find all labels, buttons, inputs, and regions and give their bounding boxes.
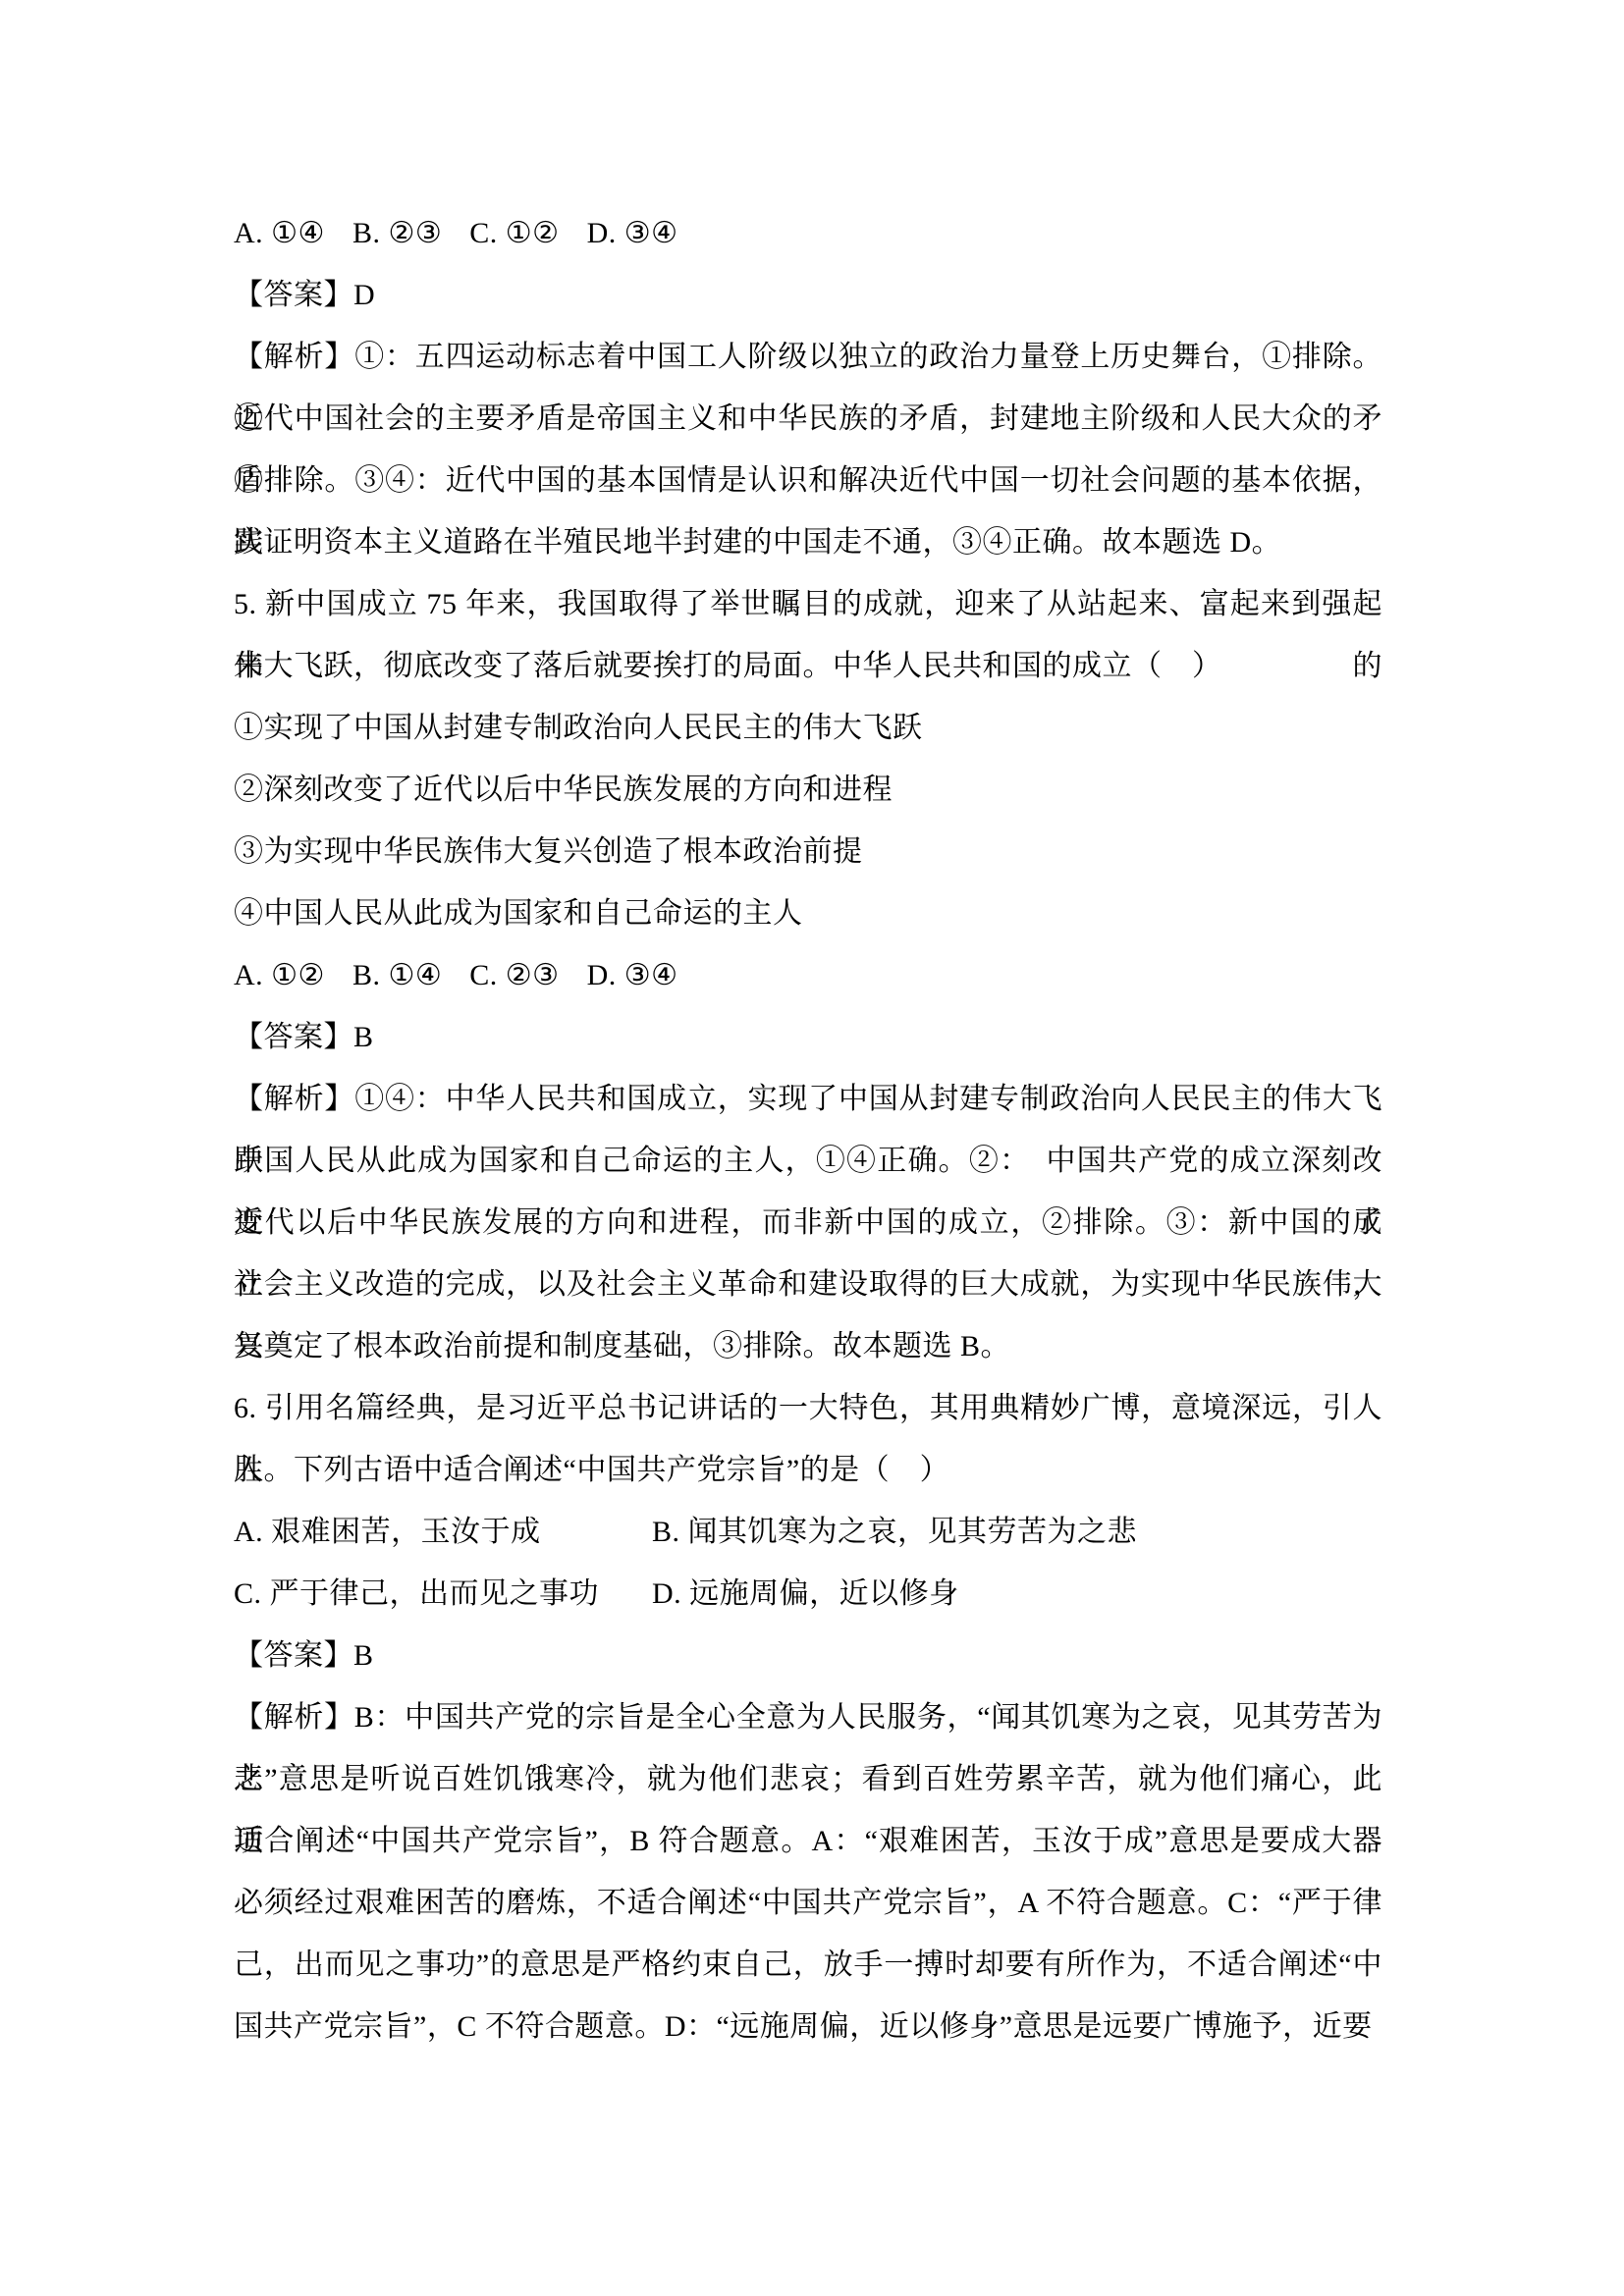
q5-analysis-line-1: 【解析】①④：中华人民共和国成立，实现了中国从封建专制政治向人民民主的伟大飞跃 bbox=[234, 1068, 1382, 1130]
answer-option: D. ③④ bbox=[587, 944, 678, 1006]
answer-option: B. ①④ bbox=[352, 944, 442, 1006]
q6-analysis-line-1: 【解析】B：中国共产党的宗旨是全心全意为人民服务，“闻其饥寒为之哀，见其劳苦为之 bbox=[234, 1686, 1382, 1748]
document-content: A. ①④B. ②③C. ①②D. ③④【答案】D【解析】①：五四运动标志着中国… bbox=[234, 202, 1382, 2057]
q6-analysis-line-2: 悲”意思是听说百姓饥饿寒冷，就为他们悲哀；看到百姓劳累辛苦，就为他们痛心，此项 bbox=[234, 1748, 1382, 1810]
q6-options-line-ab: A. 艰难困苦，玉汝于成B. 闻其饥寒为之哀，见其劳苦为之悲 bbox=[234, 1501, 1382, 1563]
q4-analysis-line-4: 践证明资本主义道路在半殖民地半封建的中国走不通，③④正确。故本题选 D。 bbox=[234, 511, 1382, 573]
q4-analysis-line-3: ②排除。③④：近代中国的基本国情是认识和解决近代中国一切社会问题的基本依据，实 bbox=[234, 450, 1382, 511]
q6-analysis-line-3: 适合阐述“中国共产党宗旨”，B 符合题意。A：“艰难困苦，玉汝于成”意思是要成大… bbox=[234, 1810, 1382, 1872]
q5-item-3: ③为实现中华民族伟大复兴创造了根本政治前提 bbox=[234, 821, 1382, 882]
answer-option: A. 艰难困苦，玉汝于成 bbox=[234, 1501, 652, 1563]
q5-analysis-line-5: 兴奠定了根本政治前提和制度基础，③排除。故本题选 B。 bbox=[234, 1315, 1382, 1377]
q6-answer-line: 【答案】B bbox=[234, 1625, 1382, 1686]
q5-answer-line: 【答案】B bbox=[234, 1006, 1382, 1068]
q6-analysis-line-6: 国共产党宗旨”，C 不符合题意。D：“远施周偏，近以修身”意思是远要广博施予，近… bbox=[234, 1996, 1382, 2057]
q4-analysis-line-1: 【解析】①：五四运动标志着中国工人阶级以独立的政治力量登上历史舞台，①排除。② bbox=[234, 326, 1382, 388]
q4-options-line: A. ①④B. ②③C. ①②D. ③④ bbox=[234, 202, 1382, 264]
q6-stem-line-1: 6. 引用名篇经典，是习近平总书记讲话的一大特色，其用典精妙广博，意境深远，引人… bbox=[234, 1377, 1382, 1439]
q5-stem-line-1: 5. 新中国成立 75 年来，我国取得了举世瞩目的成就，迎来了从站起来、富起来到… bbox=[234, 573, 1382, 635]
answer-option: D. 远施周偏，近以修身 bbox=[652, 1563, 959, 1625]
q5-item-4: ④中国人民从此成为国家和自己命运的主人 bbox=[234, 882, 1382, 944]
answer-option: C. ②③ bbox=[469, 944, 559, 1006]
q6-analysis-line-4: 必须经过艰难困苦的磨炼，不适合阐述“中国共产党宗旨”，A 不符合题意。C：“严于… bbox=[234, 1872, 1382, 1934]
document-page: A. ①④B. ②③C. ①②D. ③④【答案】D【解析】①：五四运动标志着中国… bbox=[0, 0, 1624, 2296]
q5-analysis-line-3: 近代以后中华民族发展的方向和进程，而非新中国的成立，②排除。③：新中国的成立， bbox=[234, 1192, 1382, 1254]
q5-item-2: ②深刻改变了近代以后中华民族发展的方向和进程 bbox=[234, 759, 1382, 821]
answer-option: C. 严于律己，出而见之事功 bbox=[234, 1563, 652, 1625]
q5-item-1: ①实现了中国从封建专制政治向人民民主的伟大飞跃 bbox=[234, 697, 1382, 759]
q4-analysis-line-2: 近代中国社会的主要矛盾是帝国主义和中华民族的矛盾，封建地主阶级和人民大众的矛盾 bbox=[234, 388, 1382, 450]
q4-answer-line: 【答案】D bbox=[234, 264, 1382, 326]
answer-option: A. ①② bbox=[234, 944, 325, 1006]
answer-option: B. 闻其饥寒为之哀，见其劳苦为之悲 bbox=[652, 1501, 1137, 1563]
q5-analysis-line-4: 社会主义改造的完成，以及社会主义革命和建设取得的巨大成就，为实现中华民族伟大复 bbox=[234, 1254, 1382, 1315]
answer-option: A. ①④ bbox=[234, 202, 325, 264]
q5-stem-line-2: 伟大飞跃，彻底改变了落后就要挨打的局面。中华人民共和国的成立（ ） bbox=[234, 635, 1382, 697]
q6-options-line-cd: C. 严于律己，出而见之事功D. 远施周偏，近以修身 bbox=[234, 1563, 1382, 1625]
q5-options-line: A. ①②B. ①④C. ②③D. ③④ bbox=[234, 944, 1382, 1006]
q6-stem-line-2: 胜。下列古语中适合阐述“中国共产党宗旨”的是（ ） bbox=[234, 1439, 1382, 1501]
q6-analysis-line-5: 己，出而见之事功”的意思是严格约束自己，放手一搏时却要有所作为，不适合阐述“中 bbox=[234, 1934, 1382, 1996]
answer-option: D. ③④ bbox=[587, 202, 678, 264]
answer-option: C. ①② bbox=[469, 202, 559, 264]
q5-analysis-line-2: 中国人民从此成为国家和自己命运的主人，①④正确。②： 中国共产党的成立深刻改变了 bbox=[234, 1130, 1382, 1192]
answer-option: B. ②③ bbox=[352, 202, 442, 264]
